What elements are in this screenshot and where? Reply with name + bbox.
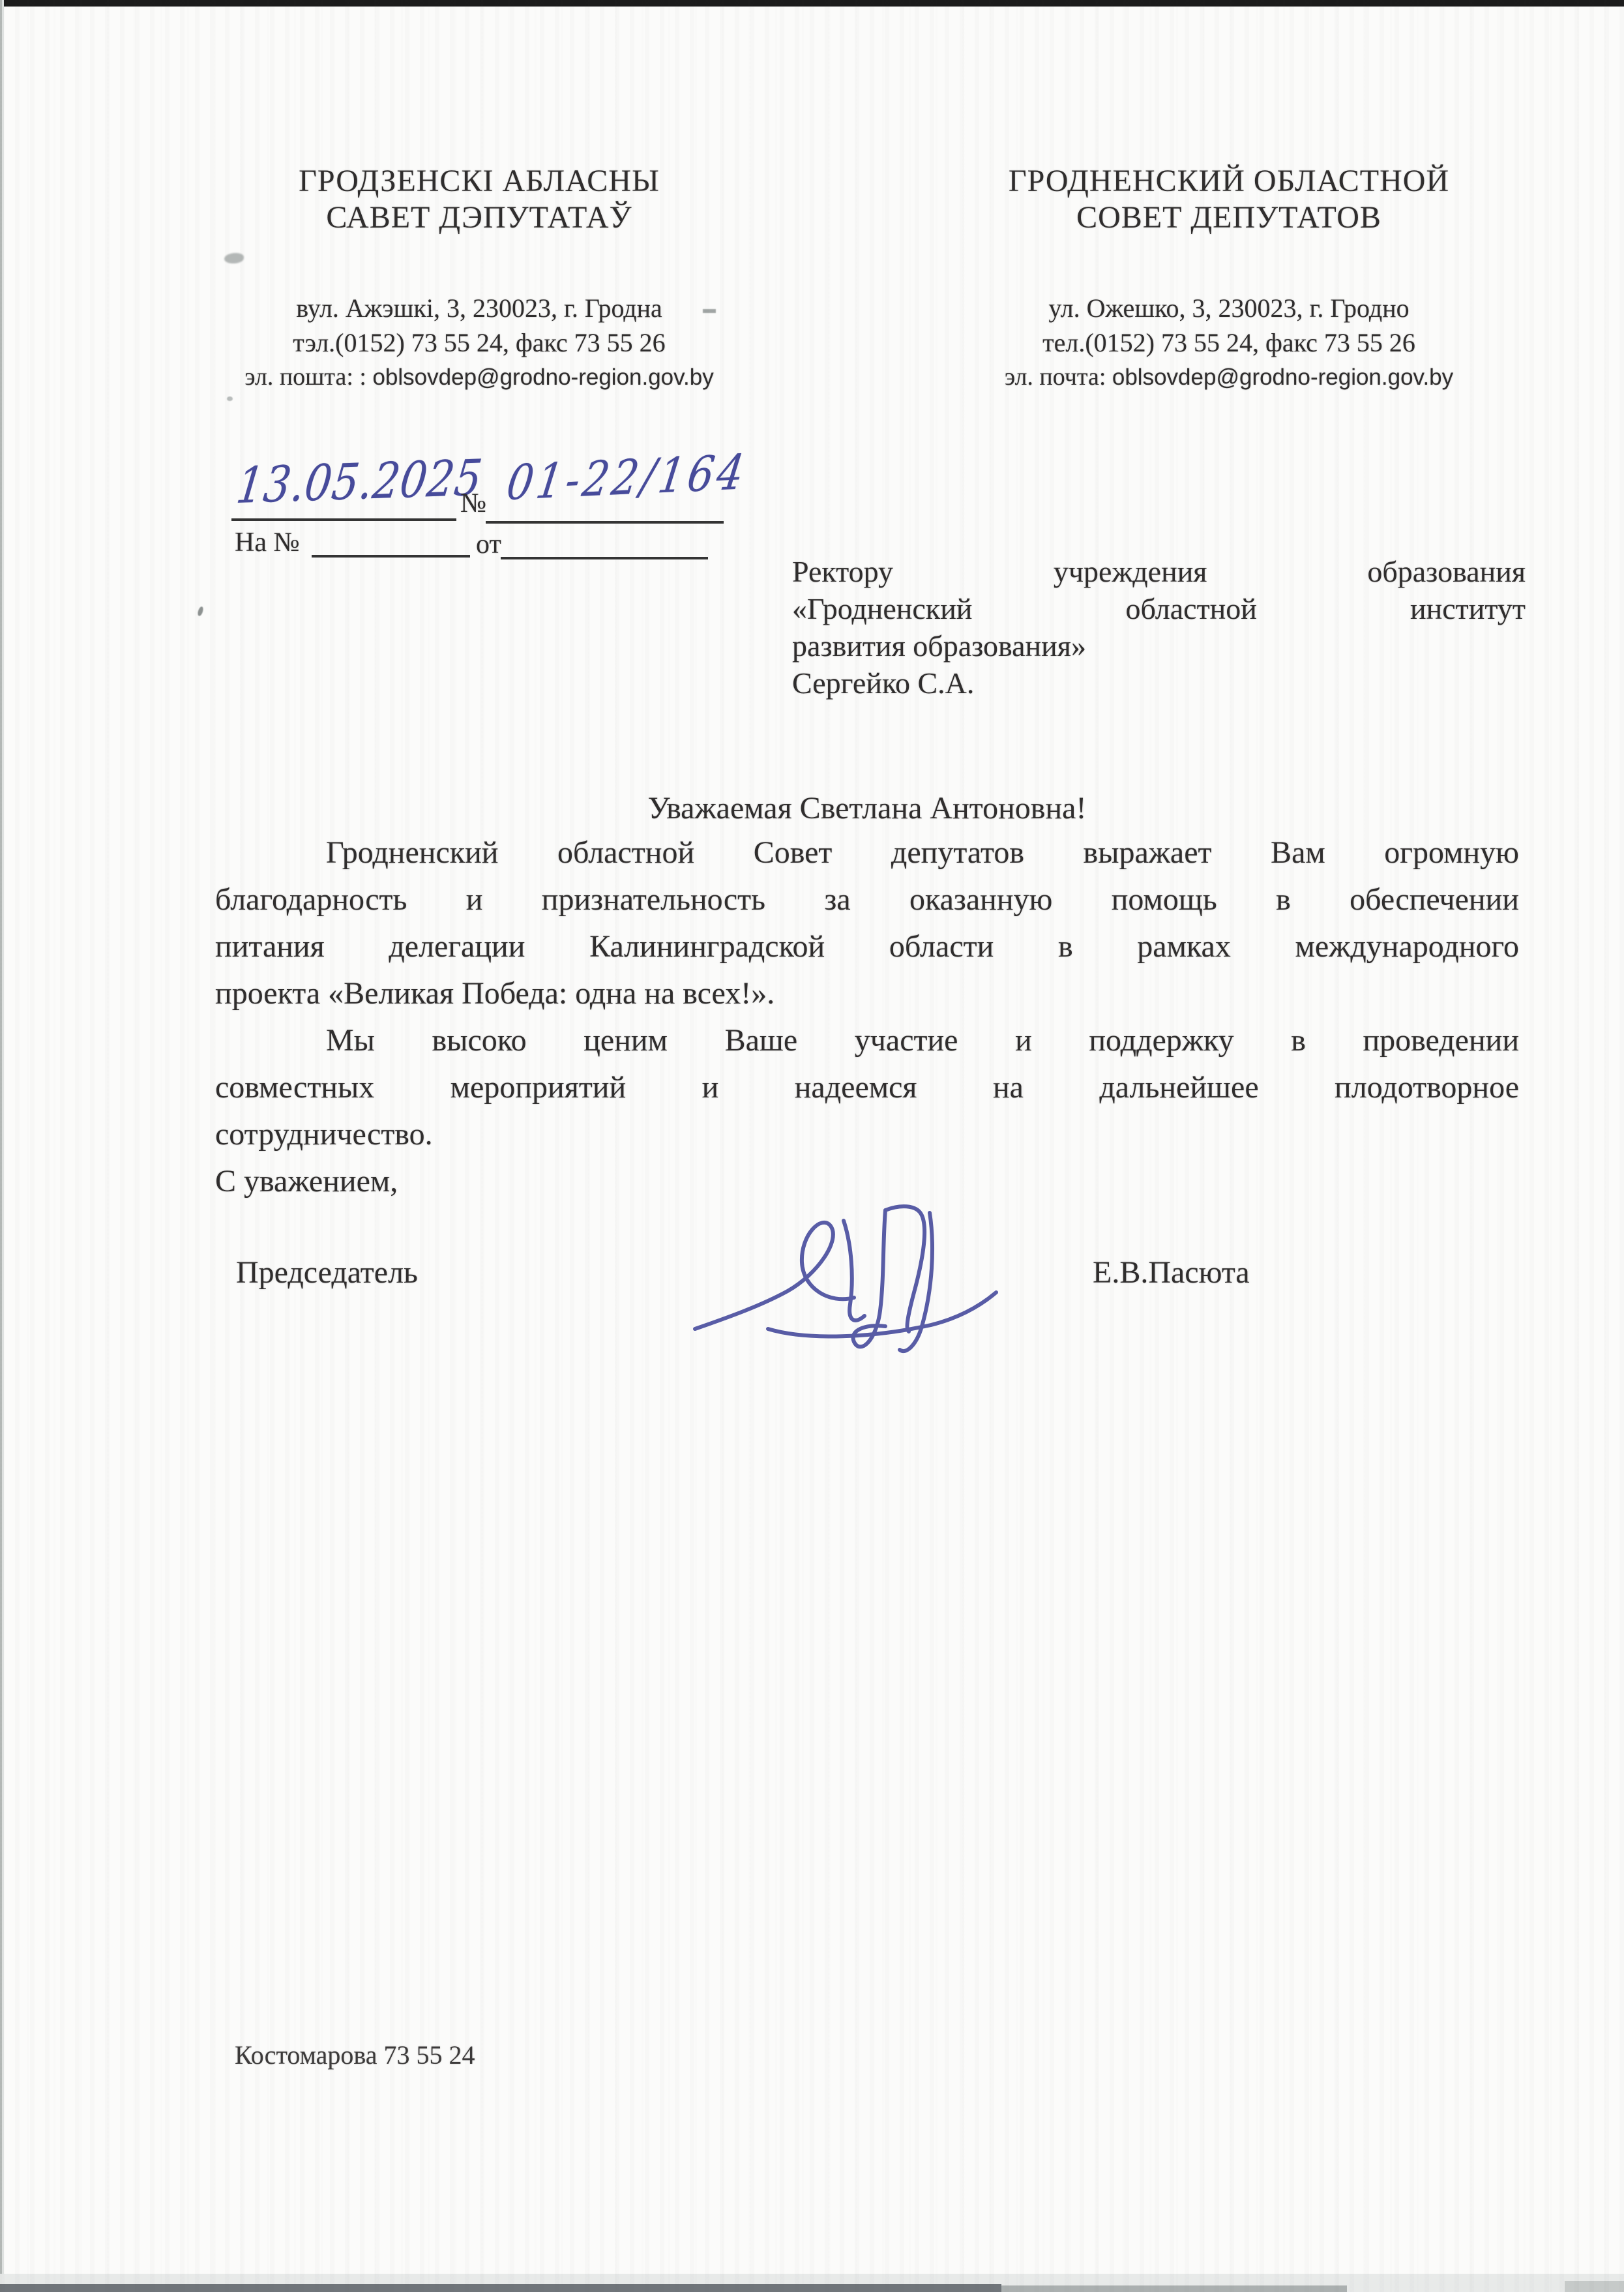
org-title-russian: ГРОДНЕНСКИЙ ОБЛАСТНОЙ СОВЕТ ДЕПУТАТОВ [962, 163, 1496, 236]
handwritten-outgoing-number: 01-22/164 [503, 444, 750, 511]
scan-artifact [227, 396, 233, 401]
body-line: Гродненский областной Совет депутатов вы… [215, 829, 1519, 876]
org-title-belarusian: ГРОДЗЕНСКІ АБЛАСНЫ САВЕТ ДЭПУТАТАЎ [215, 163, 743, 236]
org-title-line: ГРОДЗЕНСКІ АБЛАСНЫ [215, 163, 743, 200]
reply-date-underline [501, 557, 708, 559]
email-address: oblsovdep@grodno-region.gov.by [1112, 365, 1453, 390]
signer-name: Е.В.Пасюта [1093, 1255, 1250, 1290]
addressee-line: «Гродненский областной институт [792, 590, 1526, 627]
org-address-phone: тэл.(0152) 73 55 24, факс 73 55 26 [215, 325, 743, 360]
org-email-line: эл. почта: oblsovdep@grodno-region.gov.b… [962, 360, 1496, 394]
scan-artifact [224, 253, 244, 263]
reply-to-label: На № [235, 527, 300, 558]
addressee-line: развития образования» [792, 627, 1526, 664]
org-address-street: вул. Ажэшкі, 3, 230023, г. Гродна [215, 291, 743, 325]
date-underline [231, 518, 456, 521]
scan-edge-left-line-light [2, 0, 4, 2292]
scan-edge-bottom-mid-bar [1001, 2285, 1347, 2292]
body-line: питания делегации Калининградской област… [215, 923, 1519, 970]
body-line: Мы высоко ценим Ваше участие и поддержку… [215, 1017, 1519, 1064]
executor-contact: Костомарова 73 55 24 [235, 2040, 475, 2070]
handwritten-signature [690, 1201, 1003, 1371]
body-line: сотрудничество. [215, 1111, 1519, 1158]
closing-line: С уважением, [215, 1158, 1519, 1205]
email-address: oblsovdep@grodno-region.gov.by [372, 365, 713, 390]
email-label: эл. почта: [1005, 363, 1106, 391]
body-line: проекта «Великая Победа: одна на всех!». [215, 970, 1519, 1017]
org-title-line: СОВЕТ ДЕПУТАТОВ [962, 200, 1496, 236]
letter-body: Гродненский областной Совет депутатов вы… [215, 829, 1519, 1205]
salutation: Уважаемая Светлана Антоновна! [215, 785, 1519, 832]
org-email-line: эл. пошта: : oblsovdep@grodno-region.gov… [215, 360, 743, 394]
org-address-street: ул. Ожешко, 3, 230023, г. Гродно [962, 291, 1496, 325]
scan-edge-bottom-dark-bar [0, 2284, 1001, 2292]
addressee-block: Ректору учреждения образования «Гродненс… [792, 553, 1526, 702]
scan-artifact [197, 606, 204, 616]
body-line: благодарность и признательность за оказа… [215, 876, 1519, 923]
scan-edge-top-bar [0, 0, 1624, 7]
org-title-line: ГРОДНЕНСКИЙ ОБЛАСТНОЙ [962, 163, 1496, 200]
scanned-letter-page: { "colors": { "ink_handwriting": "#474b9… [0, 0, 1624, 2292]
reply-from-label: от [476, 529, 501, 560]
addressee-name: Сергейко С.А. [792, 664, 1526, 702]
addressee-line: Ректору учреждения образования [792, 553, 1526, 590]
signer-position: Председатель [236, 1255, 418, 1290]
email-label: эл. пошта: : [244, 363, 366, 391]
org-address-belarusian: вул. Ажэшкі, 3, 230023, г. Гродна тэл.(0… [215, 291, 743, 394]
body-line: совместных мероприятий и надеемся на дал… [215, 1064, 1519, 1111]
number-underline [486, 521, 724, 524]
org-address-phone: тел.(0152) 73 55 24, факс 73 55 26 [962, 325, 1496, 360]
org-title-line: САВЕТ ДЭПУТАТАЎ [215, 200, 743, 236]
handwritten-outgoing-date: 13.05.2025 [233, 449, 486, 514]
org-address-russian: ул. Ожешко, 3, 230023, г. Гродно тел.(01… [962, 291, 1496, 394]
number-sign-label: № [460, 488, 486, 519]
scan-edge-bottom-corner [1565, 2281, 1624, 2292]
reply-number-underline [312, 555, 470, 558]
